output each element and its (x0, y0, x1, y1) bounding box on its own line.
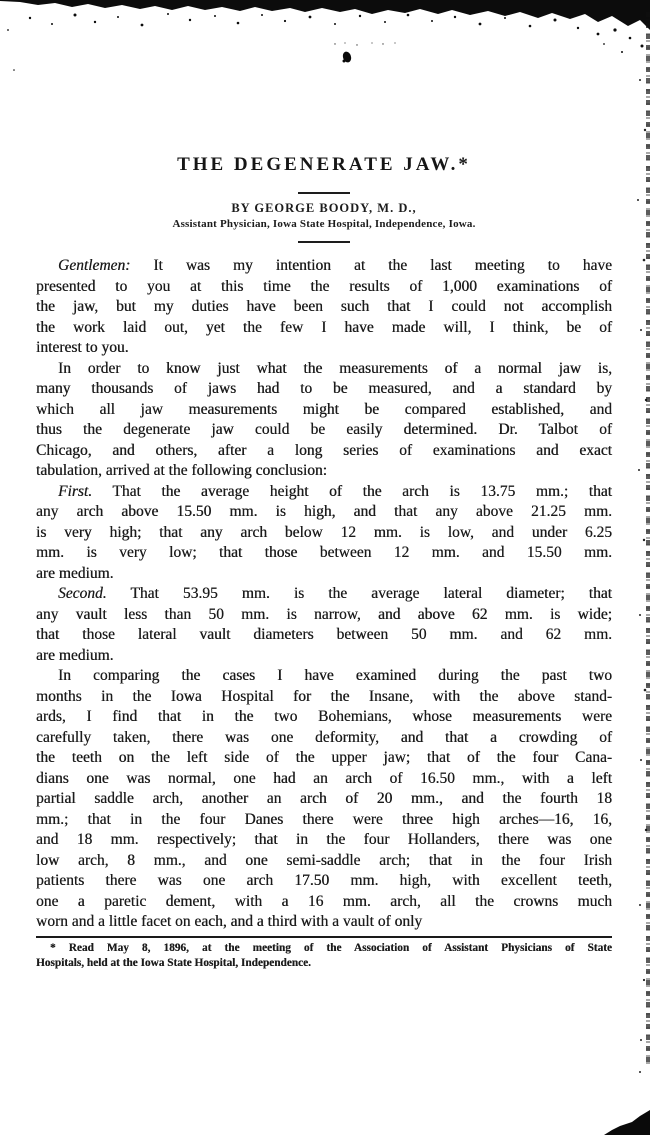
text-line: dians one was normal, one had an arch of… (36, 769, 612, 790)
text-line: any vault less than 50 mm. is narrow, an… (36, 605, 612, 626)
text-line: any arch above 15.50 mm. is high, and th… (36, 502, 612, 523)
lead-word-italic: First. (58, 483, 92, 500)
text-line: months in the Iowa Hospital for the Insa… (36, 687, 612, 708)
text-line: and 18 mm. respectively; that in the fou… (36, 830, 612, 851)
text-line: mm.; that in the four Danes there were t… (36, 810, 612, 831)
text-line: that those lateral vault diameters betwe… (36, 625, 612, 646)
text-line: many thousands of jaws had to be measure… (36, 379, 612, 400)
text-line: which all jaw measurements might be comp… (36, 400, 612, 421)
text-line: thus the degenerate jaw could be easily … (36, 420, 612, 441)
text-line: First. That the average height of the ar… (36, 482, 612, 503)
text-line: the jaw, but my duties have been such th… (36, 297, 612, 318)
author-affiliation: Assistant Physician, Iowa State Hospital… (36, 218, 612, 231)
text-line: one a paretic dement, with a 16 mm. arch… (36, 892, 612, 913)
text-line: presented to you at this time the result… (36, 277, 612, 298)
scanned-page: { "page": { "header": { "title": "THE DE… (0, 0, 650, 1135)
text-line: low arch, 8 mm., and one semi-saddle arc… (36, 851, 612, 872)
text-line: Chicago, and others, after a long series… (36, 441, 612, 462)
text-line: mm. is very low; that those between 12 m… (36, 543, 612, 564)
text-line: patients there was one arch 17.50 mm. hi… (36, 871, 612, 892)
text-line: the teeth on the left side of the upper … (36, 748, 612, 769)
header-divider-rule (298, 241, 350, 243)
author-byline: BY GEORGE BOODY, M. D., (36, 201, 612, 215)
scan-corner-bottom-right (604, 1110, 650, 1135)
text-line: worn and a little facet on each, and a t… (36, 912, 612, 933)
footnote-line: * Read May 8, 1896, at the meeting of th… (36, 941, 612, 957)
text-line: Gentlemen: It was my intention at the la… (36, 256, 612, 277)
text-line: carefully taken, there was one deformity… (36, 728, 612, 749)
text-line: partial saddle arch, another an arch of … (36, 789, 612, 810)
text-line: Second. That 53.95 mm. is the average la… (36, 584, 612, 605)
body-text: Gentlemen: It was my intention at the la… (36, 256, 612, 933)
text-line: In comparing the cases I have examined d… (36, 666, 612, 687)
lead-word-italic: Gentlemen: (58, 257, 130, 274)
scan-edge-right-strip (646, 12, 650, 1067)
footnote-line: Hospitals, held at the Iowa State Hospit… (36, 956, 612, 972)
text-line: tabulation, arrived at the following con… (36, 461, 612, 482)
text-line: are medium. (36, 646, 612, 667)
paper-page: THE DEGENERATE JAW.* BY GEORGE BOODY, M.… (36, 0, 612, 972)
title-divider-rule (298, 192, 350, 194)
text-line: In order to know just what the measureme… (36, 359, 612, 380)
page-title: THE DEGENERATE JAW.* (36, 153, 612, 177)
text-line: is very high; that any arch below 12 mm.… (36, 523, 612, 544)
text-line: are medium. (36, 564, 612, 585)
footnote: * Read May 8, 1896, at the meeting of th… (36, 941, 612, 972)
text-line: the work laid out, yet the few I have ma… (36, 318, 612, 339)
lead-word-italic: Second. (58, 585, 107, 602)
footnote-separator-rule (36, 936, 612, 938)
text-line: ards, I find that in the two Bohemians, … (36, 707, 612, 728)
text-line: interest to you. (36, 338, 612, 359)
